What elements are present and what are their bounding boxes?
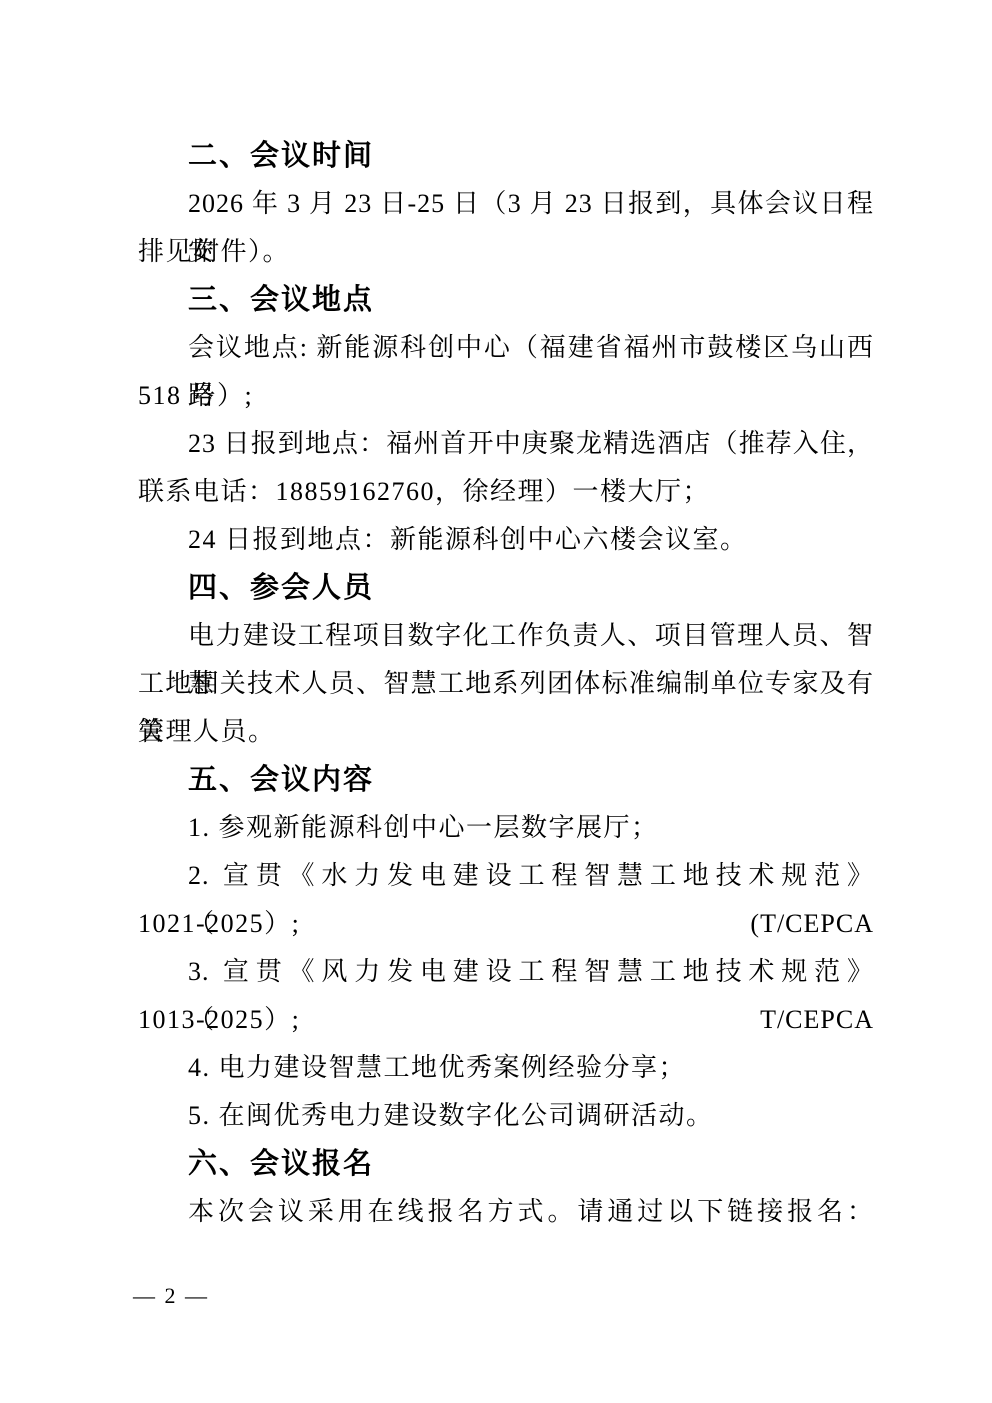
paragraph-line: 电力建设工程项目数字化工作负责人、项目管理人员、智慧 [138, 612, 874, 660]
section-heading-meeting-location: 三、会议地点 [138, 276, 874, 324]
page-number: — 2 — [133, 1283, 209, 1309]
paragraph-line: 2026 年 3 月 23 日-25 日（3 月 23 日报到，具体会议日程安 [138, 180, 874, 228]
list-item-line: 3. 宣贯《风力发电建设工程智慧工地技术规范》（T/CEPCA [138, 948, 874, 996]
paragraph-line: 518 号）; [138, 372, 874, 420]
list-item-line: 4. 电力建设智慧工地优秀案例经验分享； [138, 1044, 874, 1092]
paragraph-line: 排见附件）。 [138, 228, 874, 276]
list-item-line: 1. 参观新能源科创中心一层数字展厅； [138, 804, 874, 852]
section-heading-meeting-time: 二、会议时间 [138, 132, 874, 180]
list-item-line: 5. 在闽优秀电力建设数字化公司调研活动。 [138, 1092, 874, 1140]
section-heading-participants: 四、参会人员 [138, 564, 874, 612]
paragraph-line: 管理人员。 [138, 708, 874, 756]
paragraph-line: 23 日报到地点：福州首开中庚聚龙精选酒店（推荐入住， [138, 420, 874, 468]
section-heading-registration: 六、会议报名 [138, 1140, 874, 1188]
paragraph-line: 联系电话：18859162760，徐经理）一楼大厅； [138, 468, 874, 516]
document-page: 二、会议时间 2026 年 3 月 23 日-25 日（3 月 23 日报到，具… [0, 0, 992, 1403]
section-heading-meeting-content: 五、会议内容 [138, 756, 874, 804]
paragraph-line: 本次会议采用在线报名方式。请通过以下链接报名： [138, 1188, 874, 1236]
document-content: 二、会议时间 2026 年 3 月 23 日-25 日（3 月 23 日报到，具… [0, 0, 992, 1236]
paragraph-line: 工地相关技术人员、智慧工地系列团体标准编制单位专家及有关 [138, 660, 874, 708]
list-item-line: 2. 宣贯《水力发电建设工程智慧工地技术规范》（(T/CEPCA [138, 852, 874, 900]
paragraph-line: 24 日报到地点：新能源科创中心六楼会议室。 [138, 516, 874, 564]
paragraph-line: 会议地点: 新能源科创中心（福建省福州市鼓楼区乌山西路 [138, 324, 874, 372]
